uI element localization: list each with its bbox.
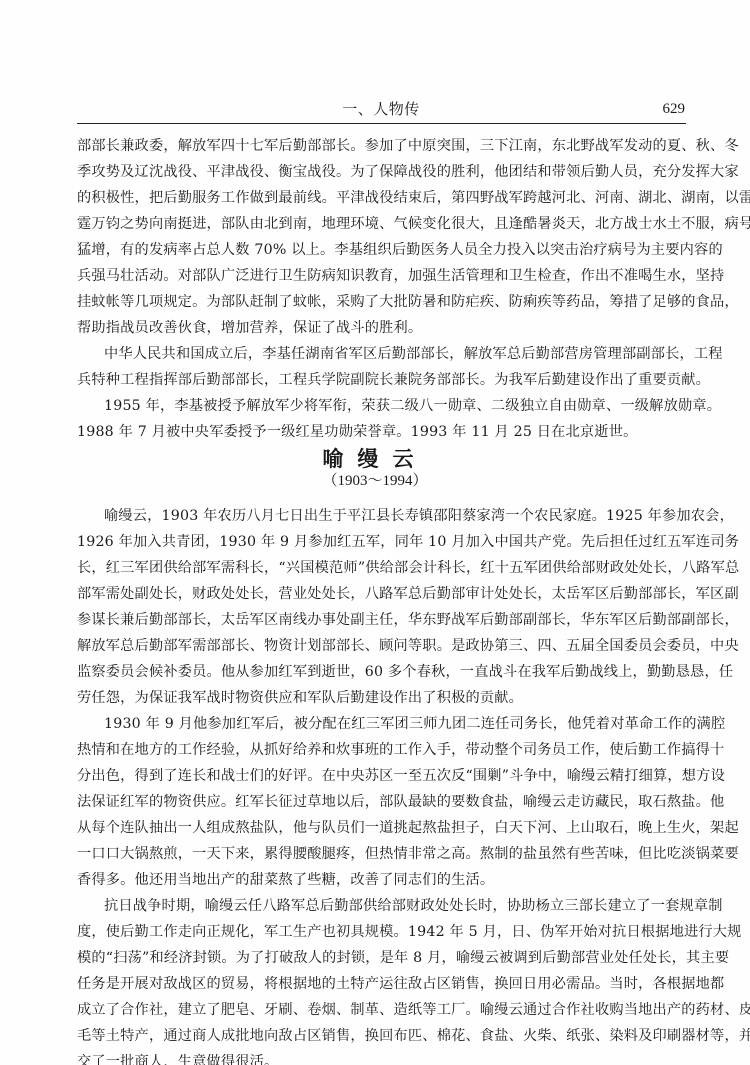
text-line: 法保证红军的物资供应。红军长征过草地以后，部队最缺的要数食盐，喻缦云走访藏民，取… — [77, 792, 686, 812]
text-line: 部部长兼政委，解放军四十七军后勤部部长。参加了中原突围，三下江南，东北野战军发动… — [77, 136, 686, 156]
entry-name-heading: 喻缦云 — [0, 446, 750, 472]
text-line: 兵强马壮活动。对部队广泛进行卫生防病知识教育，加强生活管理和卫生检查，作出不准喝… — [77, 266, 686, 286]
section-title: 一、人物传 — [77, 99, 685, 119]
text-line: 帮助指战员改善伙食，增加营养，保证了战斗的胜利。 — [77, 318, 686, 338]
text-line: 部军需处副处长，财政处处长，营业处处长，八路军总后勤部审计处处长，太岳军区后勤部… — [77, 584, 686, 604]
text-line: 成立了合作社，建立了肥皂、牙刷、卷烟、制革、造纸等工厂。喻缦云通过合作社收购当地… — [77, 1000, 686, 1020]
text-line: 抗日战争时期，喻缦云任八路军总后勤部供给部财政处处长时，协助杨立三部长建立了一套… — [104, 896, 686, 916]
text-line: 的积极性，把后勤服务工作做到最前线。平津战役结束后，第四野战军跨越河北、河南、湖… — [77, 188, 686, 208]
text-line: 任务是开展对敌战区的贸易，将根据地的土特产运往敌占区销售，换回日用必需品。当时，… — [77, 974, 686, 994]
text-line: 1930 年 9 月他参加红军后，被分配在红三军团三师九团二连任司务长，他凭着对… — [104, 714, 686, 734]
text-line: 劳任怨，为保证我军战时物资供应和军队后勤建设作出了积极的贡献。 — [77, 688, 686, 708]
text-line: 1926 年加入共青团，1930 年 9 月参加红五军，同年 10 月加入中国共… — [77, 532, 686, 552]
text-line: 季攻势及辽沈战役、平津战役、衡宝战役。为了保障战役的胜利，他团结和带领后勤人员，… — [77, 162, 686, 182]
text-line: 交了一批商人，生意做得很活。 — [77, 1052, 686, 1065]
text-line: 一口口大锅熬煎，一天下来，累得腰酸腿疼，但热情非常之高。熬制的盐虽然有些苦味，但… — [77, 844, 686, 864]
text-line: 监察委员会候补委员。他从参加红军到逝世，60 多个春秋，一直战斗在我军后勤战线上… — [77, 662, 686, 682]
text-line: 挂蚊帐等几项规定。为部队赶制了蚊帐，采购了大批防暑和防疟疾、防痢疾等药品，筹措了… — [77, 292, 686, 312]
text-line: 度，使后勤工作走向正规化，军工生产也初具规模。1942 年 5 月，日、伪军开始… — [77, 922, 686, 942]
text-line: 参谋长兼后勤部部长，太岳军区南线办事处副主任，华东野战军后勤部副部长，华东军区后… — [77, 610, 686, 630]
text-line: 1988 年 7 月被中央军委授予一级红星功勋荣誉章。1993 年 11 月 2… — [77, 422, 686, 442]
text-line: 毛等土特产，通过商人成批地向敌占区销售，换回布匹、棉花、食盐、火柴、纸张、染料及… — [77, 1026, 686, 1046]
text-line: 香得多。他还用当地出产的甜菜熬了些糖，改善了同志们的生活。 — [77, 870, 686, 890]
text-line: 从每个连队抽出一人组成熬盐队，他与队员们一道挑起熬盐担子，白天下河、上山取石，晚… — [77, 818, 686, 838]
text-line: 长，红三军团供给部军需科长，“兴国模范师”供给部会计科长，红十五军团供给部财政处… — [77, 558, 686, 578]
text-line: 喻缦云，1903 年农历八月七日出生于平江县长寿镇邵阳蔡家湾一个农民家庭。192… — [104, 506, 686, 526]
text-line: 兵特种工程指挥部后勤部部长，工程兵学院副院长兼院务部部长。为我军后勤建设作出了重… — [77, 370, 686, 390]
text-line: 热情和在地方的工作经验，从抓好给养和炊事班的工作入手，带动整个司务员工作，使后勤… — [77, 740, 686, 760]
entry-lifespan: （1903～1994） — [0, 470, 750, 492]
text-line: 霆万钧之势向南挺进，部队由北到南，地理环境、气候变化很大，且逢酷暑炎天，北方战士… — [77, 214, 686, 234]
text-line: 模的“扫荡”和经济封锁。为了打破敌人的封锁，是年 8 月，喻缦云被调到后勤部营业… — [77, 948, 686, 968]
header-rule — [77, 123, 686, 124]
text-line: 猛增，有的发病率占总人数 70% 以上。李基组织后勤医务人员全力投入以突击治疗病… — [77, 240, 686, 260]
page-number: 629 — [663, 99, 686, 119]
text-line: 解放军总后勤部军需部部长、物资计划部部长、顾问等职。是政协第三、四、五届全国委员… — [77, 636, 686, 656]
book-page: 一、人物传 629 部部长兼政委，解放军四十七军后勤部部长。参加了中原突围，三下… — [0, 0, 750, 1065]
text-line: 1955 年，李基被授予解放军少将军衔，荣获二级八一勋章、二级独立自由勋章、一级… — [104, 396, 686, 416]
text-line: 分出色，得到了连长和战士们的好评。在中央苏区一至五次反“围剿”斗争中，喻缦云精打… — [77, 766, 686, 786]
text-line: 中华人民共和国成立后，李基任湖南省军区后勤部部长，解放军总后勤部营房管理部副部长… — [104, 344, 686, 364]
running-header: 一、人物传 629 — [77, 99, 685, 121]
